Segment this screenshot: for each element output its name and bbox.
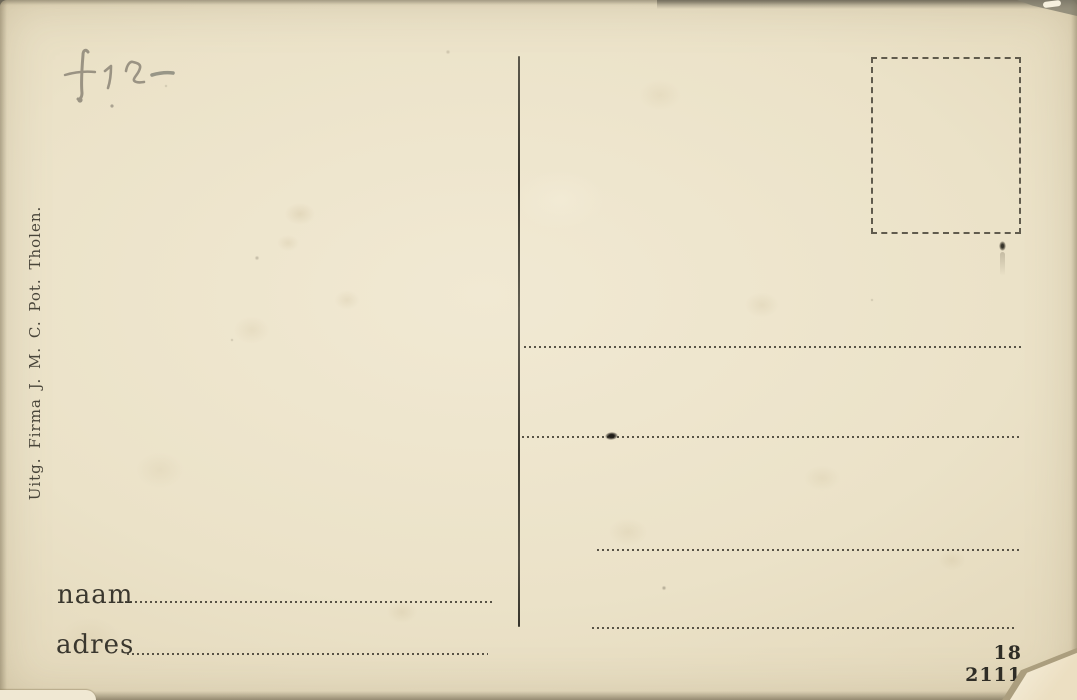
publisher-imprint: Uitg. Firma J. M. C. Pot. Tholen.: [26, 203, 44, 503]
bottom-right-corner-wear: [999, 638, 1077, 700]
ink-blot: [605, 431, 619, 440]
name-dotted-line: [125, 601, 492, 603]
scanned-postcard-back: Uitg. Firma J. M. C. Pot. Tholen. naam a…: [0, 0, 1077, 700]
bottom-left-edge-chip: [0, 690, 96, 700]
address-ruled-line-4: [592, 627, 1016, 629]
postcard-paper: Uitg. Firma J. M. C. Pot. Tholen. naam a…: [0, 0, 1077, 700]
right-edge-shadow: [1071, 0, 1077, 700]
address-ruled-line-1: [524, 346, 1021, 348]
ink-speck: [999, 241, 1006, 251]
divider-line: [518, 56, 520, 627]
address-ruled-line-3: [597, 549, 1020, 551]
bottom-edge-shadow: [0, 691, 1077, 700]
address-ruled-line-2: [522, 436, 1021, 438]
left-edge-shadow: [0, 0, 7, 700]
handwritten-price-mark: [55, 45, 195, 120]
stamp-box: [871, 57, 1021, 234]
address-field-label: adres: [56, 632, 134, 658]
top-right-edge-shadow: [657, 0, 1077, 9]
address-dotted-line: [127, 653, 488, 655]
ink-smudge: [1000, 252, 1005, 276]
name-field-label: naam: [57, 582, 133, 608]
